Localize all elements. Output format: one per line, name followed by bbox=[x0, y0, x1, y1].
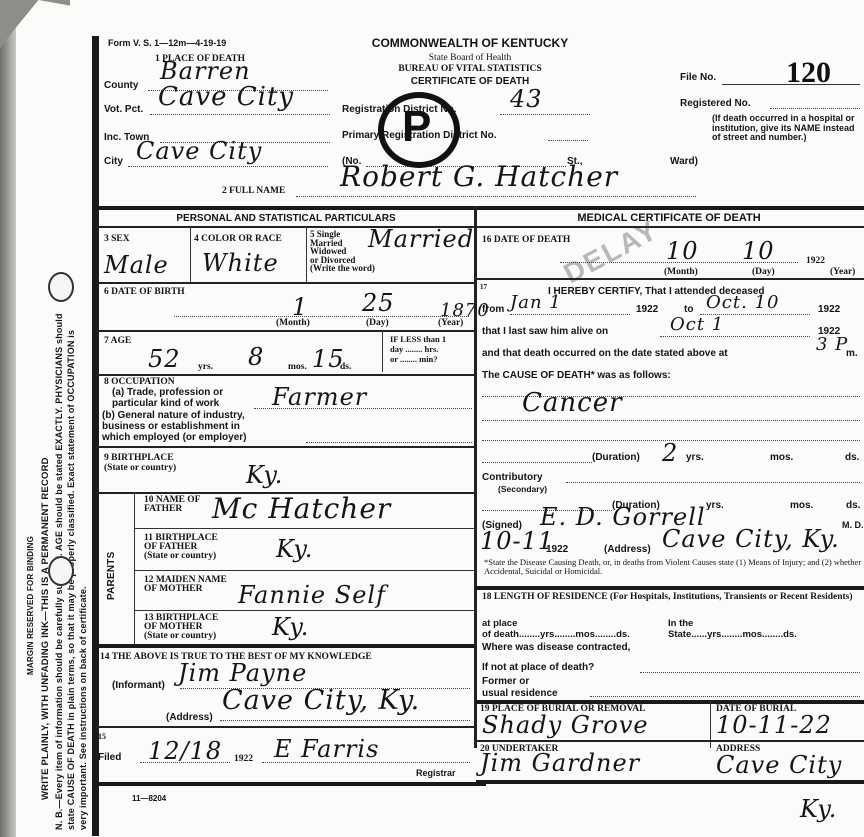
father-birthplace-label: 11 BIRTHPLACE OF FATHER (State or countr… bbox=[144, 534, 218, 561]
medical-section-title: MEDICAL CERTIFICATE OF DEATH bbox=[478, 213, 860, 224]
dob-day-value: 25 bbox=[362, 290, 395, 316]
birthplace-label: 9 BIRTHPLACE (State or country) bbox=[104, 453, 176, 473]
cause-of-death-value: Cancer bbox=[522, 390, 623, 416]
date-of-birth-label: 6 DATE OF BIRTH bbox=[104, 287, 185, 297]
binding-hole-icon bbox=[48, 272, 74, 302]
secondary-yrs-caption: yrs. bbox=[706, 500, 724, 511]
dob-year-caption: (Year) bbox=[438, 318, 463, 328]
disease-contracted-label: Where was disease contracted, bbox=[482, 642, 630, 653]
former-residence-label: Former or usual residence bbox=[482, 676, 558, 700]
county-label: County bbox=[104, 80, 138, 91]
dod-month-caption: (Month) bbox=[664, 267, 698, 277]
form-print-code: 11—8204 bbox=[132, 793, 166, 804]
age-ds-caption: ds. bbox=[340, 362, 351, 372]
residence-at-place-label: at place of death........yrs........mos.… bbox=[482, 618, 630, 640]
occupation-industry-label: (b) General nature of industry, business… bbox=[102, 410, 246, 443]
dod-day-value: 10 bbox=[742, 238, 775, 264]
full-name-label: 2 FULL NAME bbox=[222, 186, 285, 196]
personal-section-title: PERSONAL AND STATISTICAL PARTICULARS bbox=[100, 213, 472, 224]
death-time-suffix: m. bbox=[846, 348, 858, 359]
county-value: Barren bbox=[160, 58, 251, 84]
attended-to-year: 1922 bbox=[818, 304, 840, 315]
sex-label: 3 SEX bbox=[104, 234, 130, 244]
duration-mos-caption: mos. bbox=[770, 452, 793, 463]
registrar-label: Registrar bbox=[416, 768, 456, 779]
dod-year-caption: (Year) bbox=[830, 267, 855, 277]
physician-address-value: Cave City, Ky. bbox=[662, 526, 840, 552]
secondary-label: (Secondary) bbox=[498, 484, 547, 494]
last-saw-value: Oct 1 bbox=[670, 312, 724, 338]
race-value: White bbox=[202, 250, 279, 276]
age-months-value: 8 bbox=[248, 344, 264, 370]
certificate-title: CERTIFICATE OF DEATH bbox=[330, 76, 610, 87]
certify-number: 17 bbox=[480, 282, 487, 292]
informant-address-value: Cave City, Ky. bbox=[222, 688, 420, 714]
commonwealth-title: COMMONWEALTH OF KENTUCKY bbox=[330, 38, 610, 49]
informant-address-label: (Address) bbox=[166, 712, 213, 723]
form-number: Form V. S. 1—12m—4-19-19 bbox=[108, 38, 226, 49]
duration-years-value: 2 bbox=[662, 440, 678, 466]
cause-of-death-label: The CAUSE OF DEATH* was as follows: bbox=[482, 370, 671, 381]
dod-month-value: 10 bbox=[666, 238, 699, 264]
scan-edge bbox=[0, 0, 16, 837]
form-left-border bbox=[92, 36, 99, 836]
mother-name-label: 12 MAIDEN NAME OF MOTHER bbox=[144, 576, 227, 594]
duration-yrs-caption: yrs. bbox=[686, 452, 704, 463]
residence-label: 18 LENGTH OF RESIDENCE (For Hospitals, I… bbox=[482, 592, 862, 603]
signed-date-value: 10-11 bbox=[480, 528, 554, 554]
age-label: 7 AGE bbox=[104, 336, 131, 346]
dob-month-caption: (Month) bbox=[276, 318, 310, 328]
mother-birthplace-label: 13 BIRTHPLACE OF MOTHER (State or countr… bbox=[144, 614, 218, 641]
margin-reserved-note: MARGIN RESERVED FOR BINDING bbox=[26, 536, 35, 675]
attended-from-value: Jan 1 bbox=[510, 290, 562, 316]
race-label: 4 COLOR OR RACE bbox=[194, 234, 282, 244]
parents-label: PARENTS bbox=[106, 552, 117, 600]
mother-name-value: Fannie Self bbox=[238, 582, 386, 608]
secondary-mos-caption: mos. bbox=[790, 500, 813, 511]
bureau-name: BUREAU OF VITAL STATISTICS bbox=[330, 64, 610, 74]
signed-year-value: 1922 bbox=[546, 544, 568, 555]
registration-district-value: 43 bbox=[510, 86, 543, 112]
sex-value: Male bbox=[104, 252, 169, 278]
md-label: M. D. bbox=[842, 520, 864, 531]
attended-from-label: from bbox=[482, 304, 504, 315]
date-of-death-label: 16 DATE OF DEATH bbox=[482, 235, 570, 245]
ward-label: Ward) bbox=[670, 156, 698, 167]
death-time-value: 3 P bbox=[816, 332, 848, 358]
occupation-trade-label: (a) Trade, profession or particular kind… bbox=[112, 387, 223, 409]
vot-pct-label: Vot. Pct. bbox=[104, 104, 143, 115]
undertaker-state-value: Ky. bbox=[800, 796, 837, 822]
registration-stamp: P bbox=[378, 92, 460, 168]
filed-number: 15 bbox=[98, 732, 106, 742]
registered-number-label: Registered No. bbox=[680, 98, 751, 109]
filed-label: Filed bbox=[98, 752, 121, 763]
binding-hole-icon bbox=[48, 556, 74, 586]
dod-year-value: 1922 bbox=[806, 256, 825, 266]
dob-month-value: 1 bbox=[292, 294, 308, 320]
father-birthplace-value: Ky. bbox=[276, 536, 313, 562]
death-occurred-label: and that death occurred on the date stat… bbox=[482, 348, 728, 359]
full-name-value: Robert G. Hatcher bbox=[340, 164, 618, 190]
physician-address-label: (Address) bbox=[604, 544, 651, 555]
mother-birthplace-value: Ky. bbox=[272, 614, 309, 640]
write-plainly-note: WRITE PLAINLY, WITH UNFADING INK—THIS IS… bbox=[40, 457, 51, 800]
father-name-label: 10 NAME OF FATHER bbox=[144, 496, 200, 514]
dob-day-caption: (Day) bbox=[366, 318, 389, 328]
cause-footnote: *State the Disease Causing Death, or, in… bbox=[484, 558, 862, 575]
dod-day-caption: (Day) bbox=[752, 267, 775, 277]
file-number-value: 120 bbox=[786, 58, 831, 88]
filed-date-value: 12/18 bbox=[148, 738, 222, 764]
filed-year-value: 1922 bbox=[234, 754, 253, 764]
age-mos-caption: mos. bbox=[288, 362, 307, 372]
last-saw-label: that I last saw him alive on bbox=[482, 326, 608, 337]
file-number-label: File No. bbox=[680, 72, 716, 83]
undertaker-address-value: Cave City bbox=[716, 752, 842, 778]
occupation-trade-value: Farmer bbox=[272, 384, 367, 410]
vot-pct-value: Cave City bbox=[158, 84, 294, 110]
informant-value: Jim Payne bbox=[178, 660, 307, 686]
informant-label: (Informant) bbox=[112, 680, 165, 691]
marital-status-value: Married bbox=[368, 226, 474, 252]
occupation-label: 8 OCCUPATION bbox=[104, 377, 175, 387]
father-name-value: Mc Hatcher bbox=[212, 496, 391, 522]
city-label: City bbox=[104, 156, 123, 167]
instructions-line-3: very important. See instructions on back… bbox=[78, 586, 88, 830]
city-value: Cave City bbox=[136, 138, 262, 164]
undertaker-value: Jim Gardner bbox=[480, 750, 640, 776]
registrar-signature: E Farris bbox=[274, 736, 379, 762]
less-than-day-label: IF LESS than 1 day ........ hrs. or ....… bbox=[390, 334, 446, 364]
burial-date-value: 10-11-22 bbox=[716, 712, 832, 738]
duration-label: (Duration) bbox=[592, 452, 640, 463]
birthplace-value: Ky. bbox=[246, 462, 283, 488]
board-name: State Board of Health bbox=[330, 53, 610, 63]
residence-in-state-label: In the State......yrs........mos........… bbox=[668, 618, 797, 640]
not-at-place-label: If not at place of death? bbox=[482, 662, 594, 673]
duration-ds-caption: ds. bbox=[845, 452, 859, 463]
secondary-ds-caption: ds. bbox=[846, 500, 860, 511]
hospital-note: (If death occurred in a hospital or inst… bbox=[712, 114, 862, 143]
age-yrs-caption: yrs. bbox=[198, 362, 213, 372]
attended-from-year: 1922 bbox=[636, 304, 658, 315]
age-years-value: 52 bbox=[148, 346, 181, 372]
contributory-label: Contributory bbox=[482, 472, 543, 483]
burial-place-value: Shady Grove bbox=[482, 712, 649, 738]
